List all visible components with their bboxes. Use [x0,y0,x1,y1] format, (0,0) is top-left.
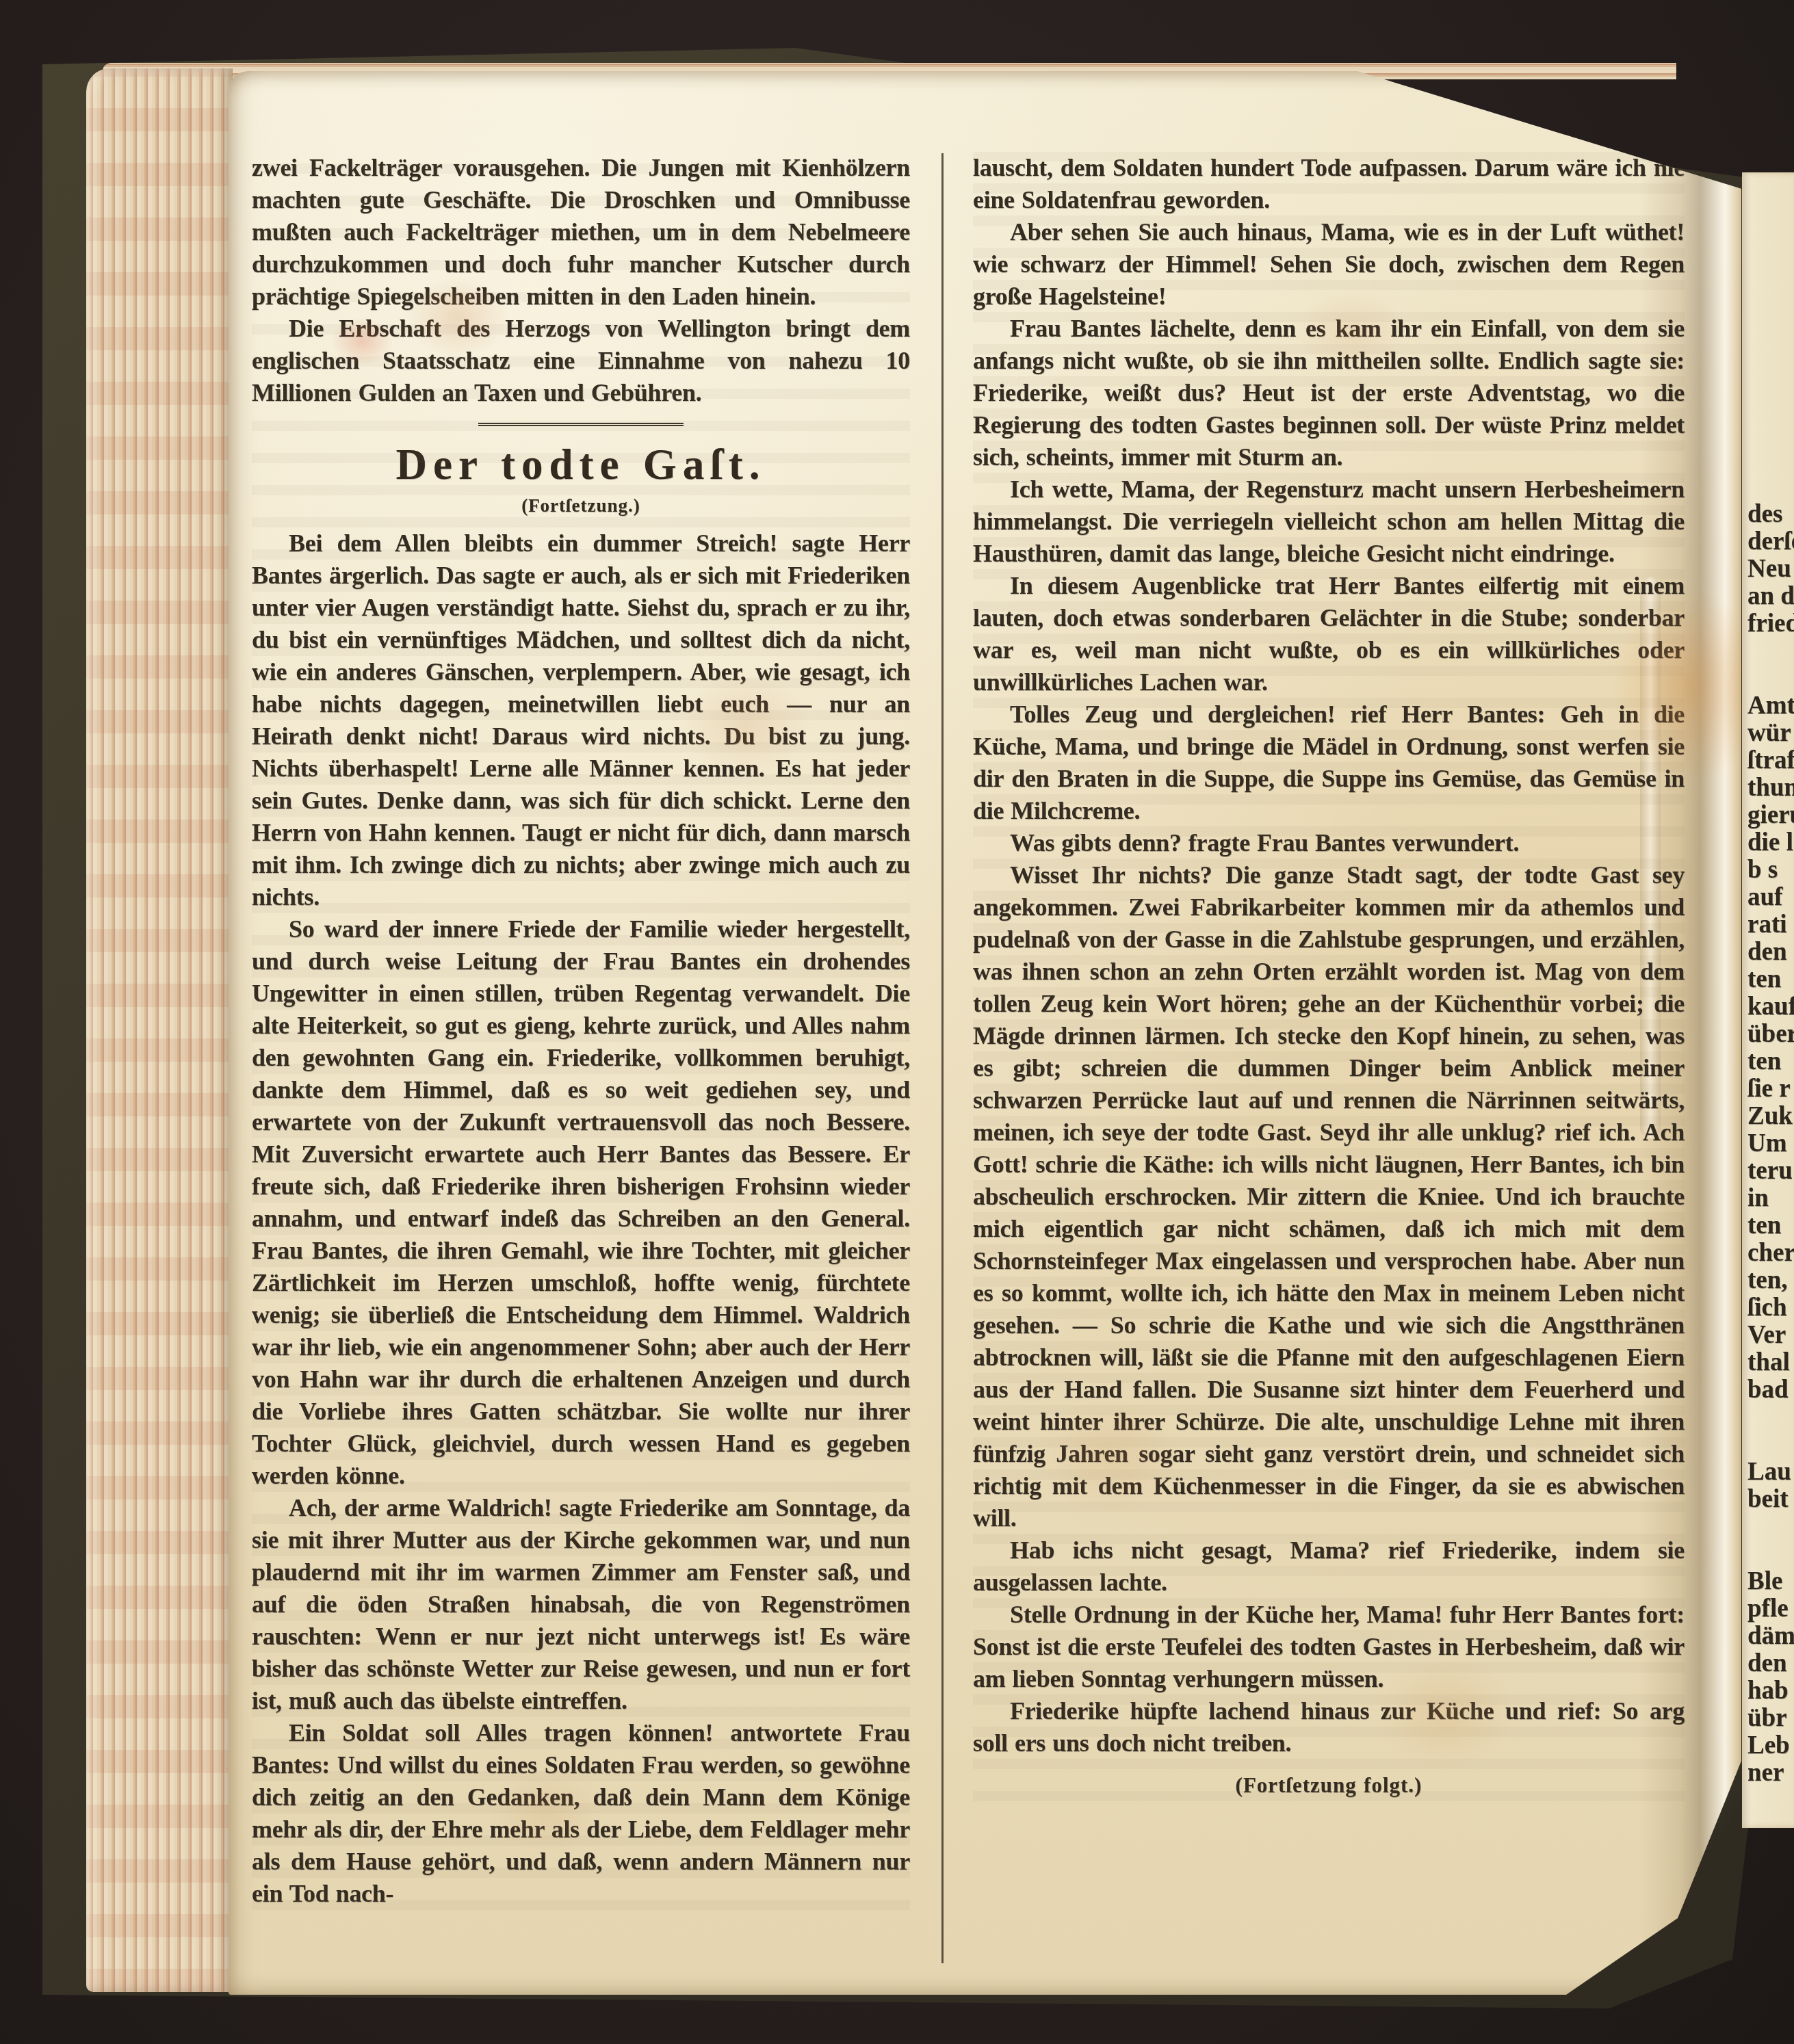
fragment-line: Amt [1742,692,1794,720]
fragment-line: beit [1742,1486,1794,1513]
fragment-line: übr [1742,1705,1794,1732]
fragment-line: Neu [1742,555,1794,583]
fragment-line [1742,1404,1794,1458]
left-column: zwei Fackelträger vorausgehen. Die Junge… [252,152,910,1910]
paragraph: Bei dem Allen bleibts ein dummer Streich… [252,527,910,913]
fragment-line: däm [1742,1623,1794,1650]
story-paragraphs-continued: lauscht, dem Soldaten hundert Tode aufpa… [973,152,1685,1759]
paragraph: So ward der innere Friede der Familie wi… [252,913,910,1492]
fragment-line: Ble [1742,1568,1794,1595]
paragraph: Frau Bantes lächelte, denn es kam ihr ei… [973,313,1685,473]
fragment-line: in [1742,1185,1794,1212]
paragraph: Stelle Ordnung in der Küche her, Mama! f… [973,1599,1685,1695]
fragment-line: ten [1742,966,1794,993]
section-divider-rule [478,423,684,426]
fragment-line: thun [1742,774,1794,802]
fragment-line: Leb [1742,1732,1794,1759]
paragraph: zwei Fackelträger vorausgehen. Die Junge… [252,152,910,313]
fragment-line [1742,1513,1794,1568]
fragment-line: teru [1742,1157,1794,1185]
paragraph: Was gibts denn? fragte Frau Bantes verwu… [973,827,1685,859]
book-photo: zwei Fackelträger vorausgehen. Die Junge… [0,0,1794,2044]
story-paragraphs: Bei dem Allen bleibts ein dummer Streich… [252,527,910,1910]
fragment-line: ten, [1742,1267,1794,1294]
paragraph: lauscht, dem Soldaten hundert Tode aufpa… [973,152,1685,216]
fragment-line: pfle [1742,1595,1794,1623]
paragraph: In diesem Augenblicke trat Herr Bantes e… [973,570,1685,698]
paragraph: Tolles Zeug und dergleichen! rief Herr B… [973,698,1685,827]
fragment-line: ſich [1742,1294,1794,1322]
fragment-line: thal [1742,1349,1794,1376]
fragment-line: Um [1742,1130,1794,1157]
fragment-line: auf [1742,884,1794,911]
paragraph: Ich wette, Mama, der Regensturz macht un… [973,473,1685,570]
fragment-line: b s [1742,856,1794,884]
fragment-line: Ver [1742,1322,1794,1349]
right-column: lauscht, dem Soldaten hundert Tode aufpa… [973,152,1685,1801]
next-page-edge: desderſeNeuan dfriedAmtwürſtrafthungieru… [1742,172,1794,1828]
fragment-line: hab [1742,1677,1794,1705]
fragment-line: bad [1742,1376,1794,1404]
fragment-line: kauf [1742,993,1794,1021]
next-page-fragments: desderſeNeuan dfriedAmtwürſtrafthungieru… [1742,172,1794,1787]
fragment-line: ner [1742,1759,1794,1787]
column-divider-rule [941,153,944,1963]
continuation-note: (Fortſetzung folgt.) [973,1769,1685,1801]
fragment-line: cher [1742,1240,1794,1267]
news-paragraphs: zwei Fackelträger vorausgehen. Die Junge… [252,152,910,409]
paragraph: Wisset Ihr nichts? Die ganze Stadt sagt,… [973,859,1685,1534]
fragment-line [1742,638,1794,692]
fragment-line: ten [1742,1048,1794,1075]
paragraph: Hab ichs nicht gesagt, Mama? rief Friede… [973,1534,1685,1599]
fragment-line: gieru [1742,802,1794,829]
fragment-line: des [1742,501,1794,528]
fragment-line: wür [1742,720,1794,747]
fragment-line: rati [1742,911,1794,939]
paragraph: Aber sehen Sie auch hinaus, Mama, wie es… [973,216,1685,313]
story-title: Der todte Gaſt. [252,437,910,492]
fragment-line: ſtraf [1742,747,1794,774]
newspaper-page: zwei Fackelträger vorausgehen. Die Junge… [229,71,1741,1995]
fragment-line: Zuk [1742,1103,1794,1130]
fragment-line: den [1742,1650,1794,1677]
fore-edge-pages-left [86,68,233,1992]
paragraph: Ach, der arme Waldrich! sagte Friederike… [252,1492,910,1717]
fragment-line: an d [1742,583,1794,610]
story-subtitle: (Fortſetzung.) [252,492,910,519]
fragment-line: über [1742,1021,1794,1048]
fragment-line: derſe [1742,528,1794,555]
paragraph: Die Erbschaft des Herzogs von Wellington… [252,313,910,409]
fragment-line: fried [1742,610,1794,638]
paragraph: Ein Soldat soll Alles tragen können! ant… [252,1717,910,1910]
fragment-line: den [1742,939,1794,966]
paragraph: Friederike hüpfte lachend hinaus zur Küc… [973,1695,1685,1759]
fragment-line: ſie r [1742,1075,1794,1103]
fragment-line: die l [1742,829,1794,856]
fragment-line: Lau [1742,1458,1794,1486]
fragment-line: ten [1742,1212,1794,1240]
